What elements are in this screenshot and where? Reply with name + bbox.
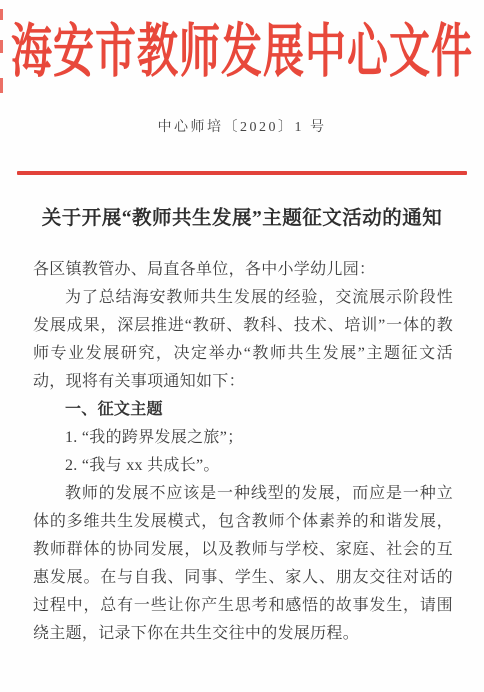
topic-item-2: 2. “我与 xx 共成长”。 (33, 452, 453, 480)
theme-description-paragraph: 教师的发展不应该是一种线型的发展，而应是一种立体的多维共生发展模式，包含教师个体… (33, 480, 453, 648)
salutation-line: 各区镇教管办、局直各单位，各中小学幼儿园： (33, 256, 453, 284)
notice-body: 各区镇教管办、局直各单位，各中小学幼儿园： 为了总结海安教师共生发展的经验，交流… (0, 256, 484, 648)
intro-paragraph: 为了总结海安教师共生发展的经验，交流展示阶段性发展成果，深层推进“教研、教科、技… (33, 284, 453, 396)
letterhead-title: 海安市教师发展中心文件 (10, 0, 474, 81)
scan-edge-artifact (0, 78, 3, 93)
red-divider-rule (17, 171, 467, 175)
notice-title: 关于开展“教师共生发展”主题征文活动的通知 (0, 206, 484, 232)
topic-item-1: 1. “我的跨界发展之旅”； (33, 424, 453, 452)
document-page: 海安市教师发展中心文件 中心师培〔2020〕1 号 关于开展“教师共生发展”主题… (0, 0, 484, 692)
document-number: 中心师培〔2020〕1 号 (0, 119, 484, 137)
section-1-heading: 一、征文主题 (33, 396, 453, 424)
scan-edge-artifact (0, 9, 3, 20)
scan-edge-artifact (0, 40, 3, 53)
